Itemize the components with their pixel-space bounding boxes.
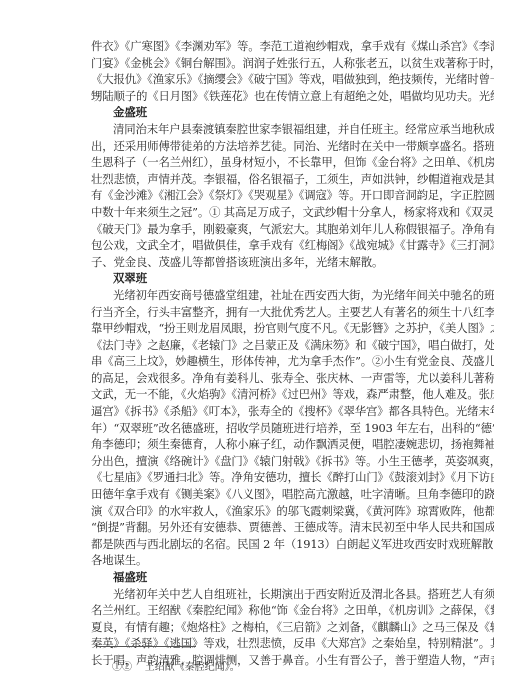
text-line: 分出色，擅演《络碗计》《盘门》《辕门射戟》《拆书》等。小生王德孝，英姿飒爽，拿手… <box>91 453 494 470</box>
footnote: ①② 王绍猷《秦腔纪闻》。 <box>112 661 240 675</box>
section-heading: 双翠班 <box>91 270 494 287</box>
text-line: 各地谋生。 <box>91 552 494 569</box>
section-shuangcui-ban: 双翠班 光绪初年西安商号德盛堂组建，社址在西安西大街，为光绪年间关中驰名的班社之… <box>91 270 494 569</box>
text-line: 《破天门》最为拿手，刚毅豪爽，气派宏大。其胞弟刘年儿人称假银福子。净角有刘五儿，… <box>91 221 494 238</box>
text-line: 件衣》《广寒图》《李渊劝军》等。李范工道袍纱帽戏，拿手戏有《煤山杀宫》《李渊辞朝… <box>91 38 494 55</box>
text-line: 《大报仇》《渔家乐》《摘缨会》《破宁国》等戏，唱做独到，绝技频传，光绪时曾一度为… <box>91 71 494 88</box>
text-line: 壮烈悲愤，声情并茂。李银福，俗名银福子，工须生，声如洪钟，纱帽道袍戏是其特长，拿… <box>91 171 494 188</box>
text-line: 夏良，有情有趣；《炮烙柱》之梅柏，《三启箭》之刘备，《麒麟山》之马三保及《斩莫成… <box>91 619 494 636</box>
text-line: 田德年拿手戏有《铡美案》《八义图》，唱腔高亢激越，吐字清晰。旦角李德印的跷功特别… <box>91 486 494 503</box>
footnote-markers: ①② <box>112 662 132 673</box>
text-line: 清同治末年户县秦渡镇秦腔世家李银福组建，并自任班主。经常应承当地秋成报赛与庙会演 <box>91 121 494 138</box>
text-line: 子、党金良、茂盛儿等都曾搭该班演出多年，光绪末解散。 <box>91 254 494 271</box>
text-line: 逼宫》《拆书》《杀船》《叮本》，张寿全的《搜杯》《翠华宫》都各具特色。光绪末年（… <box>91 403 494 420</box>
text-line: 中数十年来须生之冠”。① 其高足万成子，文武纱帽十分拿人，杨家将戏和《双灵牌》《… <box>91 204 494 221</box>
text-line: 角李德印；须生秦德育，人称小麻子红，动作飘洒灵便，唱腔凄婉悲切，扬袍舞袖亮靴底，… <box>91 436 494 453</box>
text-line: 演《双合印》的水牢救人，《渔家乐》的邬飞霞刺梁冀，《黄河阵》琼霄败阵，他都踩跷，… <box>91 503 494 520</box>
section-heading: 福盛班 <box>91 569 494 586</box>
text-line: 秦英》《杀驿》《逃国》等戏，壮烈悲愤，反串《大郑宫》之秦始皇，特别精湛”。其徒万… <box>91 635 494 652</box>
text-line: 生恩科子（一名兰州红），虽身材短小，不长靠甲，但饰《金台将》之田单、《机房训》之… <box>91 154 494 171</box>
text-line: 《法门寺》之赵廉，《老辕门》之吕蒙正及《满床笏》和《破宁国》，唱白做打，处处生色… <box>91 337 494 354</box>
text-line: 包公戏，文武全才，唱做俱佳，拿手戏有《红梅阁》《战宛城》《甘露寺》《三打洞》等。… <box>91 237 494 254</box>
text-line: 文武，无一不能，《火焰驹》《清河桥》《过巴州》等戏，森严肃整，他人难及。张庆林的… <box>91 386 494 403</box>
text-line: 行当齐全，行头丰富整齐，拥有一大批优秀艺人。主要艺人有著名的须生十八红李云亭，长… <box>91 304 494 321</box>
text-line: 光绪初年关中艺人自组班社，长期演出于西安附近及渭北各县。搭班艺人有须生恩科子，一 <box>91 586 494 603</box>
text-line: 光绪初年西安商号德盛堂组建，社址在西安西大街，为光绪年间关中驰名的班社之一。角色 <box>91 287 494 304</box>
section-heading: 金盛班 <box>91 104 494 121</box>
text-line: 年）“双翠班”改名德盛班，招收学员随班进行培养，至 1903 年左右，出科的“德… <box>91 420 494 437</box>
text-line: 都是陕西与西北剧坛的名宿。民国 2 年（1913）白朗起义军进攻西安时戏班解散，… <box>91 536 494 553</box>
text-line: “倒提”背翻。另外还有安德恭、贾德善、王德成等。清末民初至中华人民共和国成立后，… <box>91 519 494 536</box>
text-line: 出，还采用师傅带徒弟的方法培养艺徒。同治、光绪时在关中一带颇享盛名。搭班艺人主要… <box>91 138 494 155</box>
section-fusheng-ban: 福盛班 光绪初年关中艺人自组班社，长期演出于西安附近及渭北各县。搭班艺人有须生恩… <box>91 569 494 669</box>
footnote-text: 王绍猷《秦腔纪闻》。 <box>145 662 240 673</box>
text-line: 门宴》《金桃会》《铜台解围》。润润子姓张行五，人称张老五，以贫生戏著称于时，代表… <box>91 55 494 72</box>
text-line: 靠甲纱帽戏，“扮王则龙眉凤眼，扮官则气度不凡。《无影簪》之苏护，《美人图》之介之… <box>91 320 494 337</box>
text-line: 甥陆顺子的《日月图》《铁莲花》也在传情立意上有超绝之处，唱做均见功夫。光绪末年逐… <box>91 88 494 105</box>
text-line: 有《金沙滩》《湘江会》《祭灯》《哭观星》《调寇》等。开口即音洞韵足，字正腔圆，人… <box>91 187 494 204</box>
document-page: 件衣》《广寒图》《李渊劝军》等。李范工道袍纱帽戏，拿手戏有《煤山杀宫》《李渊辞朝… <box>91 38 494 669</box>
footnote-divider <box>96 646 196 647</box>
text-line: 名兰州红。王绍猷《秦腔纪闻》称他“饰《金台将》之田单，《机房训》之薛保，《紫霞宫… <box>91 602 494 619</box>
text-line: 的高足，会戏很多。净角有姜科儿、张寿全、张庆林、一声雷等，尤以姜科儿著称于时。他… <box>91 370 494 387</box>
text-line: 串《高三上坟》，妙趣横生，形体传神，尤为拿手杰作”。②小生有党金良、茂盛儿，均为… <box>91 353 494 370</box>
section-jinsheng-ban: 金盛班 清同治末年户县秦渡镇秦腔世家李银福组建，并自任班主。经常应承当地秋成报赛… <box>91 104 494 270</box>
text-line: 《七星庙》《罗通扫北》等。净角安德功，擅长《醉打山门》《鼓滚刘封》《月下访白袍》… <box>91 469 494 486</box>
paragraph-continuation: 件衣》《广寒图》《李渊劝军》等。李范工道袍纱帽戏，拿手戏有《煤山杀宫》《李渊辞朝… <box>91 38 494 104</box>
